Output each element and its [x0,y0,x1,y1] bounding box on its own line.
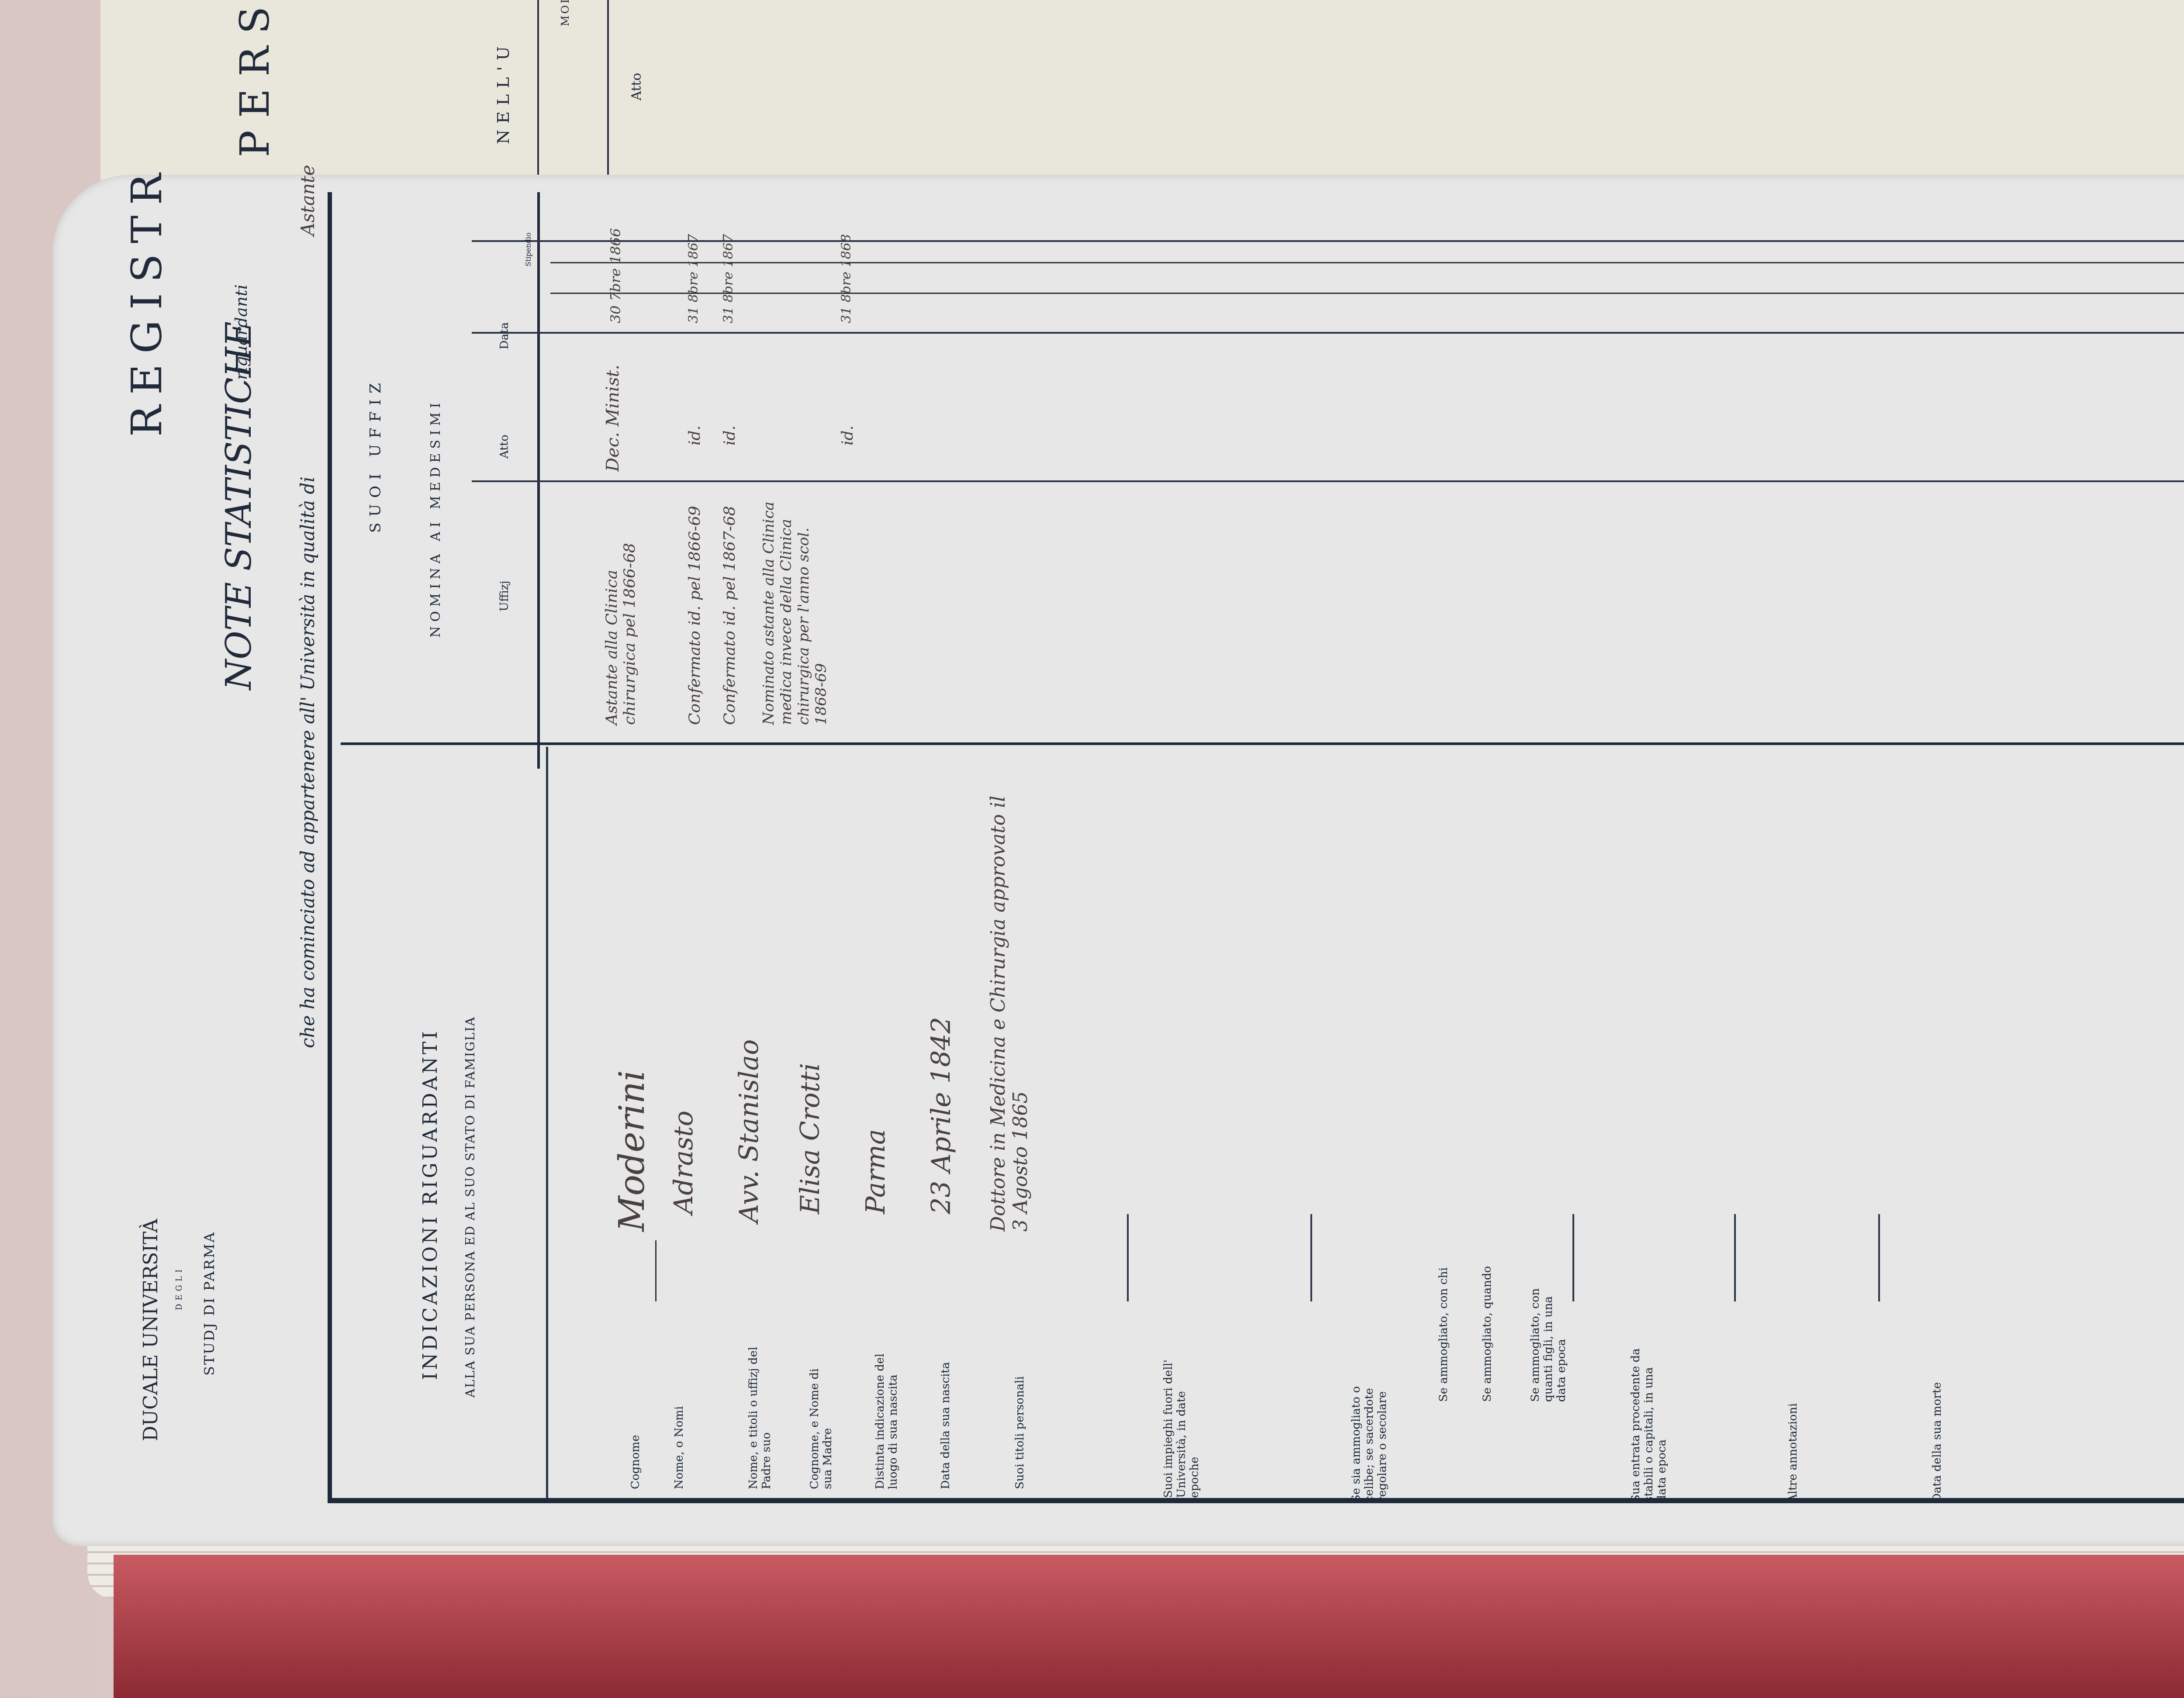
facing-page-col-atto: Atto [629,73,644,100]
subtitle-line2: che ha cominciato ad appartenere all' Un… [297,476,318,1048]
nomina-row-4-data: 31 8bre 1868 [839,234,854,323]
book-binding [114,1555,2184,1698]
right-group-heading: SUOI UFFIZ [367,377,384,533]
nomina-row-1-atto: Dec. Minist. [603,365,623,472]
field-value-madre: Elisa Crotti [795,1063,826,1214]
field-label-nome: Nome, o Nomi [673,1406,686,1489]
field-value-nome: Adrasto [668,1111,699,1214]
section-divider [341,742,2184,745]
field-value-data-nascita: 23 Aprile 1842 [926,1017,957,1215]
register-page: DUCALE UNIVERSITÀ DEGLI STUDJ DI PARMA R… [52,175,2184,1546]
field-label-annotazioni: Altre annotazioni [1787,1403,1800,1502]
brace-separator [1572,1214,1574,1301]
nomina-row-2-atto: id. [686,425,704,445]
facing-page-col-modi: MODI [559,0,571,26]
field-label-data-nascita: Data della sua nascita [939,1362,952,1489]
subtitle-handwritten-role: Astante [297,165,318,236]
nomina-row-1-uffizj: Astante alla Clinica chirurgica pel 1866… [603,498,639,725]
field-label-cognome: Cognome [629,1435,642,1489]
field-label-madre: Cognome, e Nome di sua Madre [808,1345,834,1489]
left-section-heading: INDICAZIONI RIGUARDANTI [419,1029,442,1380]
field-label-luogo: Distinta indicazione del luogo di sua na… [874,1345,900,1489]
field-label-titoli: Suoi titoli personali [1013,1376,1026,1489]
left-section-subheading: ALLA SUA PERSONA ED AL SUO STATO DI FAMI… [463,1016,477,1398]
field-label-con-chi: Se ammogliato, con chi [1437,1267,1450,1402]
field-label-entrata: Sua entrata procedente da stabili o capi… [1629,1345,1669,1502]
field-value-titoli: Dottore in Medicina e Chirurgia approvat… [987,795,1032,1232]
facing-page-rule [607,0,609,192]
field-value-padre: Avv. Stanislao [734,1039,764,1223]
col-header-uffizj: Uffizj [498,581,511,611]
institution-line3: STUDJ DI PARMA [201,1231,218,1376]
brace-separator [1310,1214,1312,1301]
facing-page: PERSO NELL'U Atto MODI [100,0,2184,193]
field-label-quando: Se ammogliato, quando [1481,1266,1494,1402]
nomina-row-4-uffizj: Nominato astante alla Clinica medica inv… [760,498,830,725]
right-table-heading: NOMINA AI MEDESIMI [428,399,443,638]
brace-separator [655,1240,657,1301]
field-label-padre: Nome, e titoli o uffizj del Padre suo [747,1336,773,1489]
institution-line2: DEGLI [175,1266,184,1310]
facing-page-subtitle: NELL'U [494,40,513,144]
nomina-row-4-atto: id. [839,425,857,445]
col-header-data: Data [498,322,511,349]
subtitle-riguardanti: riguardanti [232,284,251,380]
register-title: REGISTR [122,163,171,437]
col-rule-atto-data [472,332,2184,334]
col-rule-uffizj-atto [472,480,2184,482]
nomina-row-3-atto: id. [721,425,739,445]
field-value-cognome: Moderini [612,1070,652,1232]
nomina-row-1-data: 30 7bre 1866 [607,228,624,323]
frame-top-rule [328,192,332,1502]
col-rule-data-sub [550,262,2184,263]
facing-page-title: PERSO [232,0,278,157]
left-header-rule [546,747,548,1498]
frame-bottom-rule [328,1498,2184,1503]
col-rule-data-sub [550,293,2184,294]
col-header-atto: Atto [498,435,511,459]
nomina-row-3-uffizj: Confermato id. pel 1867-68 [721,506,739,725]
field-value-luogo: Parma [860,1129,891,1214]
nomina-row-3-data: 31 8bre 1867 [721,234,736,323]
institution-line1: DUCALE UNIVERSITÀ [140,1219,162,1441]
nomina-row-2-data: 31 8bre 1867 [686,234,701,323]
brace-separator [1127,1214,1129,1301]
nomina-row-2-uffizj: Confermato id. pel 1866-69 [686,506,704,725]
brace-separator [1734,1214,1736,1301]
field-label-impieghi: Suoi impieghi fuori dell' Università, in… [1162,1349,1201,1498]
brace-separator [1878,1214,1880,1301]
facing-page-rule [537,0,539,192]
field-label-figli: Se ammogliato, con quanti figli, in una … [1529,1271,1568,1402]
col-header-stipendio: Stipendio [524,232,532,266]
field-label-morte: Data della sua morte [1931,1382,1944,1502]
field-label-stato: Se sia ammogliato o celibe; se sacerdote… [1350,1345,1389,1502]
